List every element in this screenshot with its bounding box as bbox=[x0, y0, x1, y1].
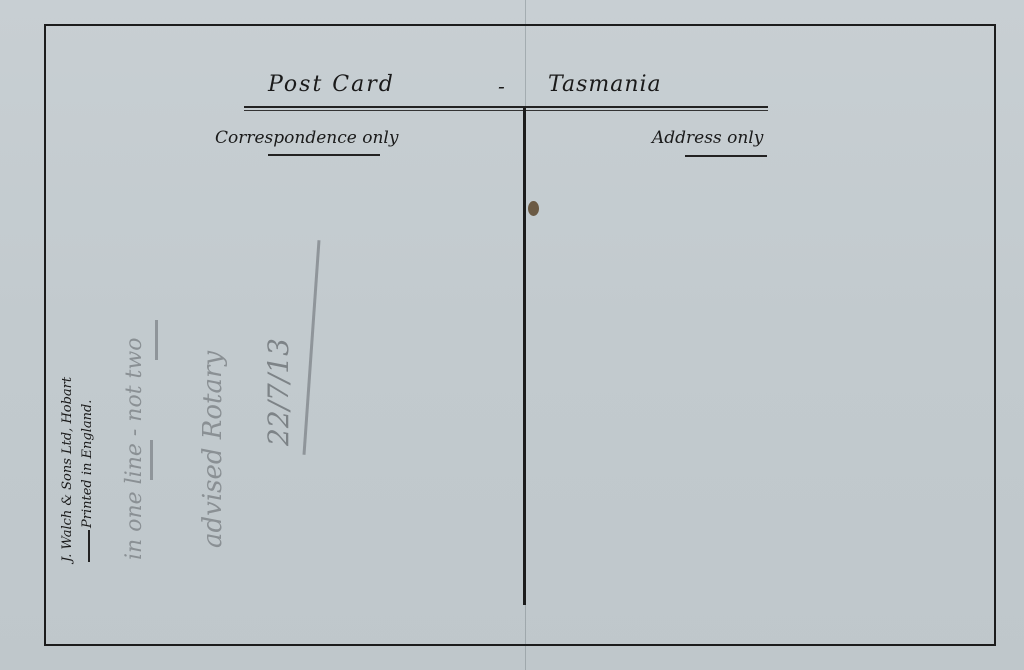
printer-rule bbox=[88, 530, 90, 562]
address-heading: Address only bbox=[652, 128, 763, 148]
title-tasmania: Tasmania bbox=[548, 72, 662, 97]
pencil-underline-line bbox=[155, 320, 158, 360]
center-divider bbox=[523, 108, 526, 605]
pencil-note-rotary: advised Rotary bbox=[198, 351, 228, 548]
title-rule-double bbox=[244, 110, 768, 111]
pencil-date: 22/7/13 bbox=[262, 338, 295, 446]
title-post-card: Post Card bbox=[268, 72, 395, 97]
correspondence-heading: Correspondence only bbox=[215, 128, 398, 148]
address-underline bbox=[685, 155, 767, 157]
title-separator: - bbox=[498, 74, 505, 98]
correspondence-underline bbox=[268, 154, 380, 156]
printer-imprint: J. Walch & Sons Ltd, Hobart bbox=[60, 377, 75, 562]
title-rule bbox=[244, 106, 768, 108]
pin-hole bbox=[528, 201, 539, 216]
card-border bbox=[44, 24, 996, 646]
pencil-note-line: in one line - not two bbox=[122, 338, 147, 560]
pencil-underline-one bbox=[150, 440, 153, 480]
printer-country: Printed in England. bbox=[80, 400, 95, 528]
